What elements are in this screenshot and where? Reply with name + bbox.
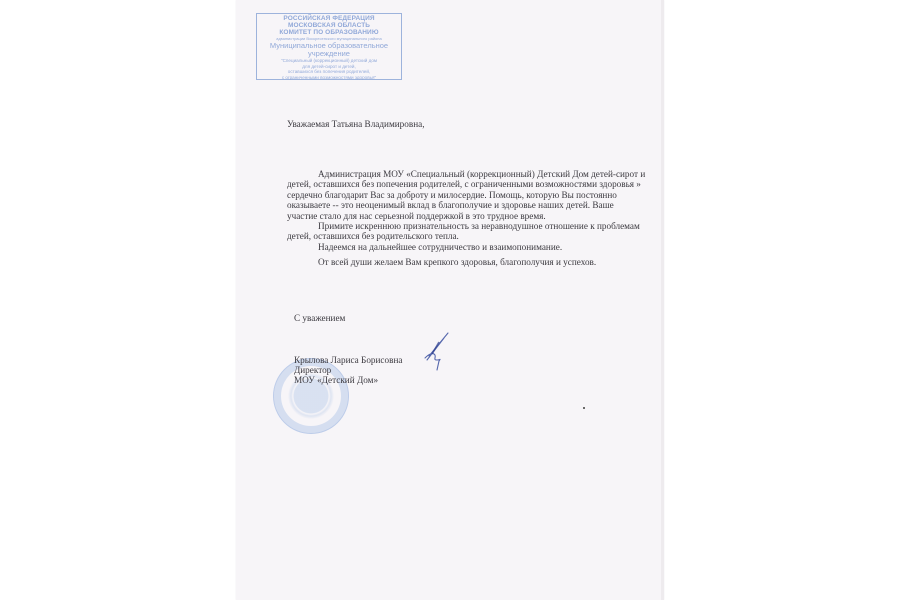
body-line: детей, оставшихся без родительского тепл… [287, 231, 605, 241]
body-line: оказываете -- это неоценимый вклад в бла… [287, 200, 605, 210]
scan-speck [583, 407, 585, 409]
signatory-position: Директор [294, 365, 402, 375]
signatory-name: Крылова Лариса Борисовна [294, 355, 402, 365]
body-line: Примите искреннюю признательность за нер… [287, 221, 605, 231]
body-line: участие стало для нас серьезной поддержк… [287, 211, 605, 221]
signatory-organization: МОУ «Детский Дом» [294, 375, 402, 385]
paragraph-gratitude: Администрация МОУ «Специальный (коррекци… [287, 169, 605, 221]
stamp-line: МОСКОВСКАЯ ОБЛАСТЬ [257, 22, 401, 29]
paragraph-appreciation: Примите искреннюю признательность за нер… [287, 221, 605, 242]
letter-page [236, 0, 664, 600]
greeting: Уважаемая Татьяна Владимировна, [287, 119, 425, 129]
organization-stamp: РОССИЙСКАЯ ФЕДЕРАЦИЯ МОСКОВСКАЯ ОБЛАСТЬ … [256, 13, 402, 80]
signatory-block: Крылова Лариса Борисовна Директор МОУ «Д… [294, 355, 402, 386]
handwritten-signature-icon [415, 330, 455, 372]
paragraph-cooperation: Надеемся на дальнейшее сотрудничество и … [287, 242, 605, 252]
stamp-line: РОССИЙСКАЯ ФЕДЕРАЦИЯ [257, 15, 401, 22]
body-line: Надеемся на дальнейшее сотрудничество и … [287, 242, 605, 252]
closing-phrase: С уважением [294, 313, 345, 323]
body-line: Администрация МОУ «Специальный (коррекци… [287, 169, 605, 179]
stamp-line: КОМИТЕТ ПО ОБРАЗОВАНИЮ [257, 29, 401, 36]
wishes-line: От всей души желаем Вам крепкого здоровь… [318, 257, 596, 267]
body-line: детей, оставшихся без попечения родителе… [287, 179, 605, 189]
stamp-line: учреждение [257, 50, 401, 58]
body-line: сердечно благодарит Вас за доброту и мил… [287, 190, 605, 200]
letter-body: Администрация МОУ «Специальный (коррекци… [287, 169, 605, 252]
stamp-line: с ограниченными возможностями здоровья" [257, 75, 401, 81]
